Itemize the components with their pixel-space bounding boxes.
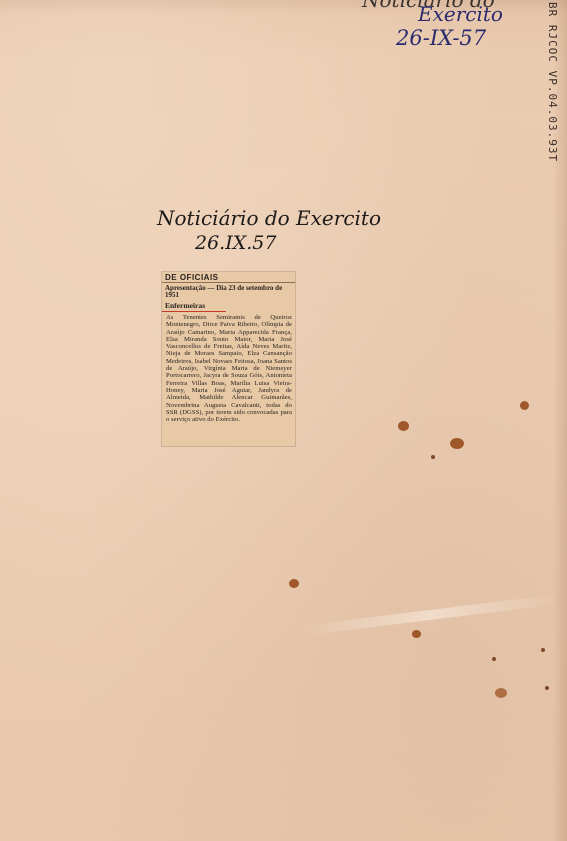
stain [520,401,529,410]
stain [495,688,507,698]
clipping-subheader: Apresentação — Dia 23 de setembro de 195… [162,283,295,299]
handwritten-title: Noticiário do Exercito [157,206,381,230]
stain [450,438,464,449]
stain [412,630,421,638]
stain [398,421,409,431]
speck [492,657,496,661]
stain [289,579,299,588]
handwritten-date: 26.IX.57 [195,232,276,254]
archive-code: BR RJCOC VP.04.03.93T [537,2,559,142]
speck [541,648,545,652]
clipping-header: DE OFICIAIS [162,272,295,283]
newspaper-clipping: DE OFICIAIS Apresentação — Dia 23 de set… [162,272,295,446]
speck [545,686,549,690]
speck [431,455,435,459]
annotation-line-3: 26-IX-57 [396,26,486,50]
clipping-body: As Tenentes Semiramis de Queiroz Montene… [162,312,295,423]
clipping-section-title: Enfermeiras [162,299,226,312]
annotation-line-2: Exercito [418,2,503,26]
